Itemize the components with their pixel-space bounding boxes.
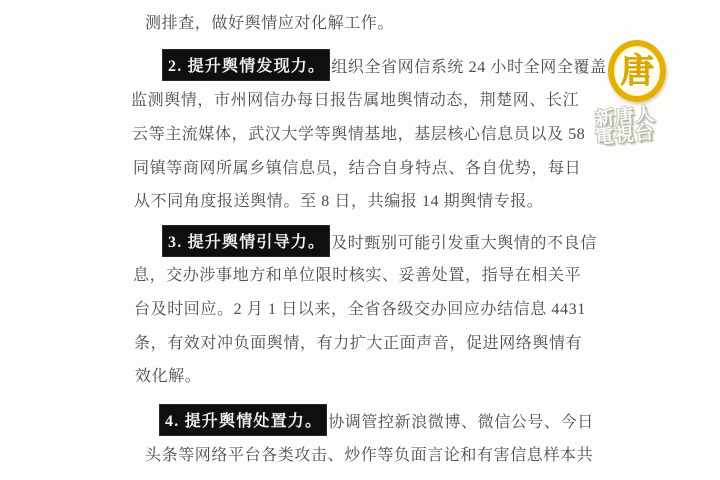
section-heading-highlight: 3. 提升舆情引导力。	[163, 226, 329, 256]
document-line-section-3: 3. 提升舆情引导力。 及时甄别可能引发重大舆情的不良信	[163, 226, 597, 256]
document-line: 监测舆情，市州网信办每日报告属地舆情动态，荆楚网、长江	[131, 87, 579, 110]
ntd-seal-icon: 唐	[608, 40, 666, 102]
document-line: 同镇等商网所属乡镇信息员，结合自身特点、各自优势，每日	[133, 155, 581, 178]
section-heading-highlight: 2. 提升舆情发现力。	[163, 50, 329, 80]
document-line: 头条等网络平台各类攻击、炒作等负面言论和有害信息样本共	[145, 442, 593, 465]
document-line: 效化解。	[135, 363, 201, 386]
ntd-wordmark-line2: 電視台	[594, 122, 675, 148]
document-line: 条，有效对冲负面舆情，有力扩大正面声音，促进网络舆情有	[134, 330, 582, 353]
section-heading-rest: 及时甄别可能引发重大舆情的不良信	[331, 230, 597, 253]
ntd-watermark: 唐 新唐人 電視台	[596, 40, 674, 144]
document-line: 从不同角度报送舆情。至 8 日，共编报 14 期舆情专报。	[134, 188, 543, 211]
document-page: 测排查，做好舆情应对化解工作。 2. 提升舆情发现力。 组织全省网信系统 24 …	[0, 0, 720, 480]
section-heading-rest: 协调管控新浪微博、微信公号、今日	[328, 409, 594, 432]
document-line-section-2: 2. 提升舆情发现力。 组织全省网信系统 24 小时全网全覆盖	[163, 50, 607, 80]
document-line-section-4: 4. 提升舆情处置力。 协调管控新浪微博、微信公号、今日	[160, 405, 594, 435]
document-line: 息，交办涉事地方和单位限时核实、妥善处置，指导在相关平	[133, 262, 581, 285]
document-line: 测排查，做好舆情应对化解工作。	[145, 10, 394, 33]
document-line: 台及时回应。2 月 1 日以来，全省各级交办回应办结信息 4431	[134, 296, 586, 319]
section-heading-highlight: 4. 提升舆情处置力。	[160, 405, 326, 435]
ntd-wordmark: 新唐人 電視台	[595, 104, 676, 148]
section-heading-rest: 组织全省网信系统 24 小时全网全覆盖	[331, 54, 606, 77]
document-line: 云等主流媒体，武汉大学等舆情基地，基层核心信息员以及 58	[132, 121, 585, 144]
tang-seal-character: 唐	[620, 55, 654, 89]
